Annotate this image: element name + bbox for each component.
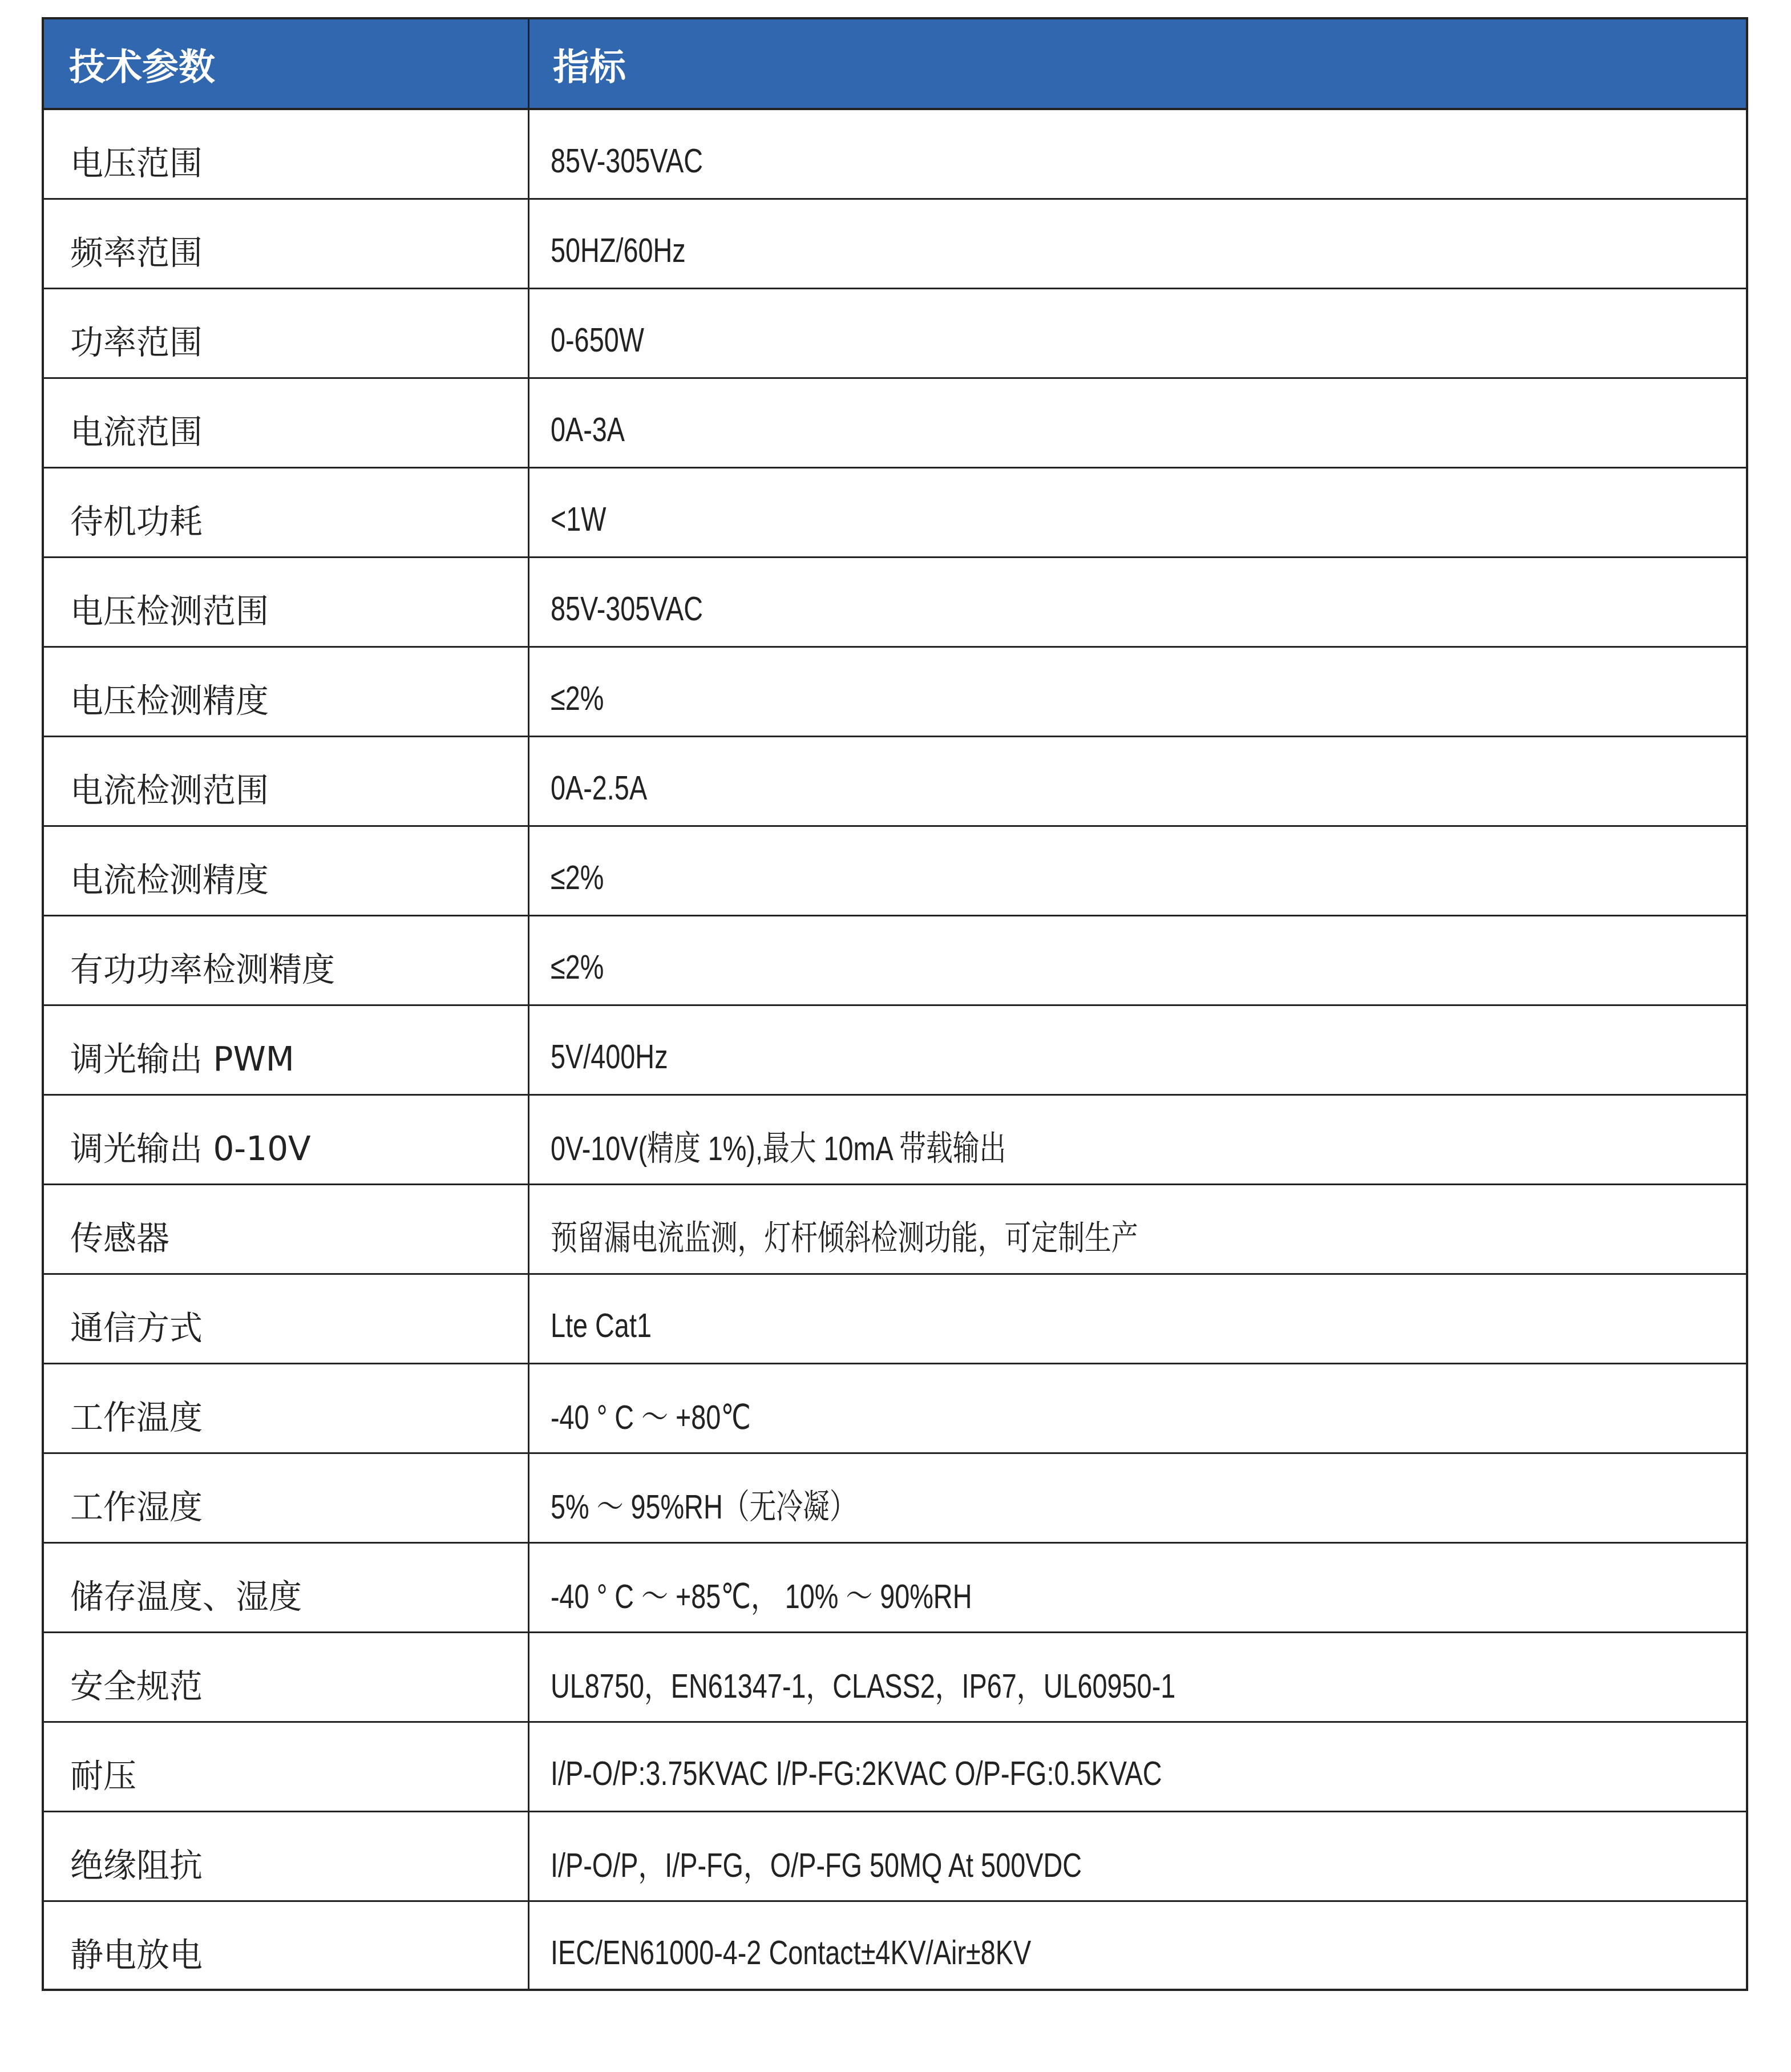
param-cell: 有功功率检测精度 (70, 916, 335, 1004)
value-text: I/P-O/P:3.75KVAC I/P-FG:2KVAC O/P-FG:0.5… (551, 1754, 1162, 1793)
value-cell: Lte Cat1 (551, 1275, 680, 1363)
table-row: 调光输出 0-10V 0V-10V(精度 1%),最大 10mA 带载输出 (44, 1096, 1746, 1185)
param-cell: 电流检测范围 (70, 737, 269, 825)
table-row: 静电放电 IEC/EN61000-4-2 Contact±4KV/Air±8KV (44, 1902, 1746, 1992)
table-row: 功率范围 0-650W (44, 289, 1746, 379)
value-cell: 0-650W (551, 289, 670, 377)
value-cell: -40 ° C ～ +85℃， 10% ～ 90%RH (551, 1544, 1091, 1631)
table-row: 绝缘阻抗 I/P-O/P，I/P-FG，O/P-FG 50MQ At 500VD… (44, 1812, 1746, 1902)
value-cell: <1W (551, 468, 622, 556)
value-cell: 5V/400Hz (551, 1006, 701, 1094)
value-text: 85V-305VAC (551, 141, 703, 180)
value-text: 50HZ/60Hz (551, 231, 686, 270)
table-row: 待机功耗 <1W (44, 468, 1746, 558)
header-param-label: 技术参数 (69, 19, 215, 108)
value-cell: UL8750，EN61347-1，CLASS2，IP67，UL60950-1 (551, 1633, 1352, 1721)
value-cell: ≤2% (551, 827, 619, 915)
value-cell: I/P-O/P:3.75KVAC I/P-FG:2KVAC O/P-FG:0.5… (551, 1723, 1335, 1811)
value-text: 0V-10V(精度 1%),最大 10mA 带载输出 (551, 1121, 1006, 1170)
param-cell: 待机功耗 (70, 468, 203, 556)
value-cell: 0A-2.5A (551, 737, 674, 825)
table-row: 有功功率检测精度 ≤2% (44, 916, 1746, 1006)
table-row: 调光输出 PWM 5V/400Hz (44, 1006, 1746, 1096)
param-cell: 耐压 (70, 1723, 136, 1811)
param-cell: 电压检测范围 (70, 558, 269, 646)
param-cell: 静电放电 (70, 1902, 203, 1990)
value-cell: ≤2% (551, 916, 619, 1004)
table-row: 通信方式 Lte Cat1 (44, 1275, 1746, 1364)
table-row: 电流范围 0A-3A (44, 379, 1746, 468)
value-cell: 85V-305VAC (551, 558, 746, 646)
value-text: -40 ° C ～ +80℃ (551, 1390, 751, 1439)
table-row: 传感器 预留漏电流监测，灯杆倾斜检测功能，可定制生产 (44, 1185, 1746, 1275)
param-cell: 功率范围 (70, 289, 203, 377)
value-text: IEC/EN61000-4-2 Contact±4KV/Air±8KV (551, 1933, 1031, 1972)
param-cell: 电流范围 (70, 379, 203, 467)
param-cell: 电流检测精度 (70, 827, 269, 915)
value-cell: I/P-O/P，I/P-FG，O/P-FG 50MQ At 500VDC (551, 1812, 1232, 1900)
table-row: 工作湿度 5% ～ 95%RH（无冷凝） (44, 1454, 1746, 1544)
value-text: Lte Cat1 (551, 1306, 652, 1345)
value-text: 5V/400Hz (551, 1037, 668, 1076)
param-cell: 电压范围 (70, 110, 203, 198)
table-row: 电压检测精度 ≤2% (44, 648, 1746, 737)
value-cell: 0A-3A (551, 379, 646, 467)
value-text: -40 ° C ～ +85℃， 10% ～ 90%RH (551, 1569, 972, 1618)
table-header-row: 技术参数 指标 (44, 19, 1746, 110)
param-cell: 储存温度、湿度 (70, 1544, 302, 1631)
value-cell: 预留漏电流监测，灯杆倾斜检测功能，可定制生产 (551, 1185, 1304, 1273)
table-row: 电压范围 85V-305VAC (44, 110, 1746, 200)
value-text: 5% ～ 95%RH（无冷凝） (551, 1480, 856, 1529)
param-cell: 传感器 (70, 1185, 169, 1273)
value-text: <1W (551, 499, 607, 539)
value-text: UL8750，EN61347-1，CLASS2，IP67，UL60950-1 (551, 1659, 1175, 1708)
param-cell: 绝缘阻抗 (70, 1812, 203, 1900)
table-row: 电流检测范围 0A-2.5A (44, 737, 1746, 827)
value-text: 0A-3A (551, 410, 625, 449)
value-cell: 5% ～ 95%RH（无冷凝） (551, 1454, 943, 1542)
value-text: 0A-2.5A (551, 768, 647, 807)
param-cell: 调光输出 0-10V (70, 1096, 311, 1184)
value-text: 0-650W (551, 320, 644, 360)
value-cell: IEC/EN61000-4-2 Contact±4KV/Air±8KV (551, 1902, 1167, 1990)
spec-table: 技术参数 指标 电压范围 85V-305VAC 频率范围 50HZ/60Hz 功… (42, 17, 1748, 1991)
table-row: 安全规范 UL8750，EN61347-1，CLASS2，IP67，UL6095… (44, 1633, 1746, 1723)
value-cell: 85V-305VAC (551, 110, 746, 198)
param-cell: 电压检测精度 (70, 648, 269, 736)
value-text: 85V-305VAC (551, 589, 703, 628)
value-text: 预留漏电流监测，灯杆倾斜检测功能，可定制生产 (551, 1211, 1138, 1260)
param-cell: 工作湿度 (70, 1454, 203, 1542)
value-text: ≤2% (551, 678, 604, 718)
table-row: 耐压 I/P-O/P:3.75KVAC I/P-FG:2KVAC O/P-FG:… (44, 1723, 1746, 1812)
table-body: 电压范围 85V-305VAC 频率范围 50HZ/60Hz 功率范围 0-65… (44, 110, 1746, 1992)
param-cell: 调光输出 PWM (70, 1006, 294, 1094)
value-cell: -40 ° C ～ +80℃ (551, 1364, 807, 1452)
table-row: 储存温度、湿度 -40 ° C ～ +85℃， 10% ～ 90%RH (44, 1544, 1746, 1633)
table-row: 电流检测精度 ≤2% (44, 827, 1746, 916)
param-cell: 工作温度 (70, 1364, 203, 1452)
table-row: 频率范围 50HZ/60Hz (44, 200, 1746, 289)
value-text: I/P-O/P，I/P-FG，O/P-FG 50MQ At 500VDC (551, 1838, 1082, 1887)
value-cell: ≤2% (551, 648, 619, 736)
value-text: ≤2% (551, 858, 604, 897)
table-row: 工作温度 -40 ° C ～ +80℃ (44, 1364, 1746, 1454)
table-row: 电压检测范围 85V-305VAC (44, 558, 1746, 648)
param-cell: 频率范围 (70, 200, 203, 288)
value-cell: 0V-10V(精度 1%),最大 10mA 带载输出 (551, 1096, 1135, 1184)
column-divider (528, 19, 529, 1989)
value-cell: 50HZ/60Hz (551, 200, 723, 288)
param-cell: 通信方式 (70, 1275, 203, 1363)
param-cell: 安全规范 (70, 1633, 203, 1721)
value-text: ≤2% (551, 947, 604, 987)
header-value-label: 指标 (553, 19, 626, 108)
